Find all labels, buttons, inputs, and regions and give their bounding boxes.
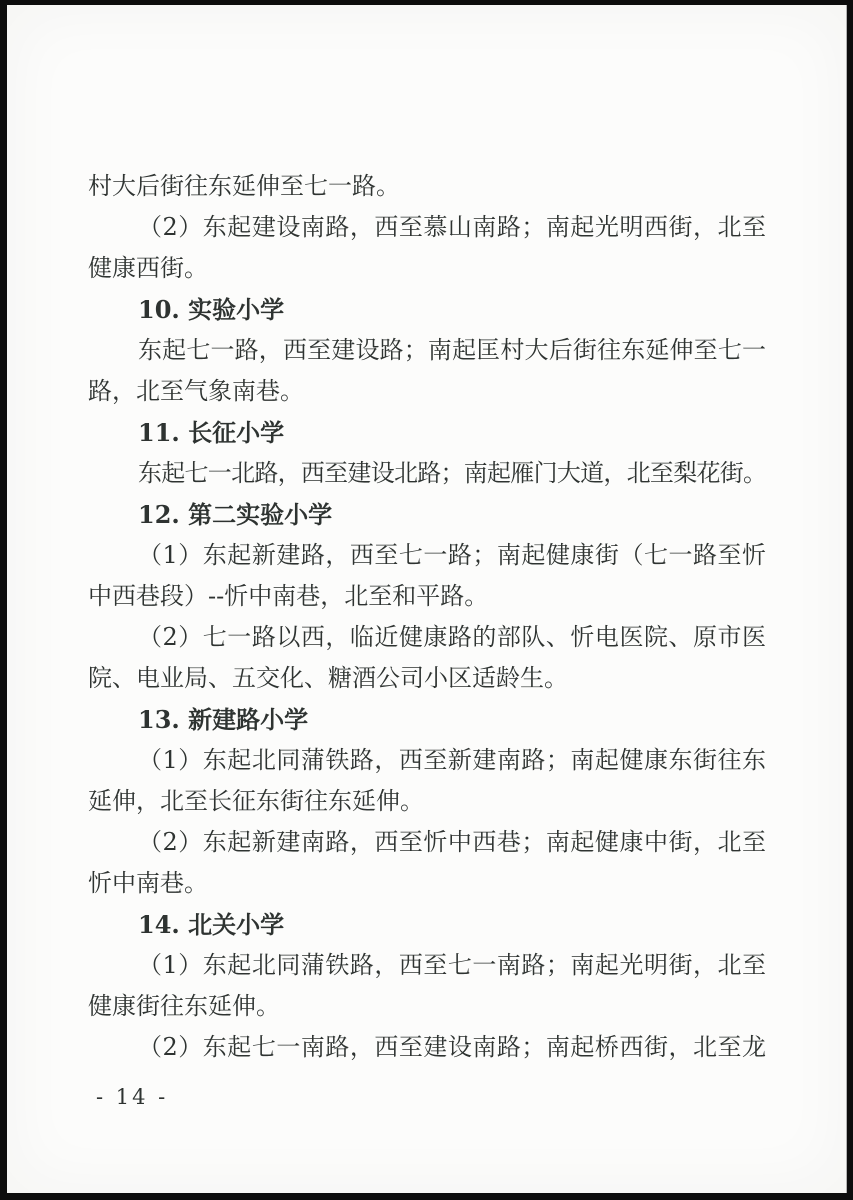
text-line: （2）东起新建南路，西至忻中西巷；南起健康中街，北至 [88, 822, 766, 863]
section-heading: 11. 长征小学 [88, 412, 766, 453]
section-heading: 10. 实验小学 [88, 289, 766, 330]
text-line: 东起七一路，西至建设路；南起匡村大后街往东延伸至七一 [88, 330, 766, 371]
document-lines: 村大后街往东延伸至七一路。（2）东起建设南路，西至慕山南路；南起光明西街，北至健… [88, 166, 766, 1068]
text-line: 路，北至气象南巷。 [88, 371, 766, 412]
text-line: 健康西街。 [88, 248, 766, 289]
section-heading: 14. 北关小学 [88, 904, 766, 945]
section-heading: 12. 第二实验小学 [88, 494, 766, 535]
text-line: （2）七一路以西，临近健康路的部队、忻电医院、原市医 [88, 617, 766, 658]
text-line: （1）东起新建路，西至七一路；南起健康街（七一路至忻 [88, 535, 766, 576]
text-line: 东起七一北路，西至建设北路；南起雁门大道，北至梨花街。 [88, 453, 766, 494]
section-heading: 13. 新建路小学 [88, 699, 766, 740]
text-line: （1）东起北同蒲铁路，西至新建南路；南起健康东街往东 [88, 740, 766, 781]
document-page: 村大后街往东延伸至七一路。（2）东起建设南路，西至慕山南路；南起光明西街，北至健… [7, 5, 847, 1193]
text-line: （2）东起七一南路，西至建设南路；南起桥西街，北至龙 [88, 1027, 766, 1068]
text-line: （2）东起建设南路，西至慕山南路；南起光明西街，北至 [88, 207, 766, 248]
scanned-document: { "page": { "footer_page_number": "- 14 … [0, 0, 853, 1200]
text-line: 院、电业局、五交化、糖酒公司小区适龄生。 [88, 658, 766, 699]
text-line: 健康街往东延伸。 [88, 986, 766, 1027]
text-line: 延伸，北至长征东街往东延伸。 [88, 781, 766, 822]
text-line: 中西巷段）--忻中南巷，北至和平路。 [88, 576, 766, 617]
text-line: 忻中南巷。 [88, 863, 766, 904]
text-line: 村大后街往东延伸至七一路。 [88, 166, 766, 207]
text-line: （1）东起北同蒲铁路，西至七一南路；南起光明街，北至 [88, 945, 766, 986]
page-number: - 14 - [96, 1085, 168, 1109]
